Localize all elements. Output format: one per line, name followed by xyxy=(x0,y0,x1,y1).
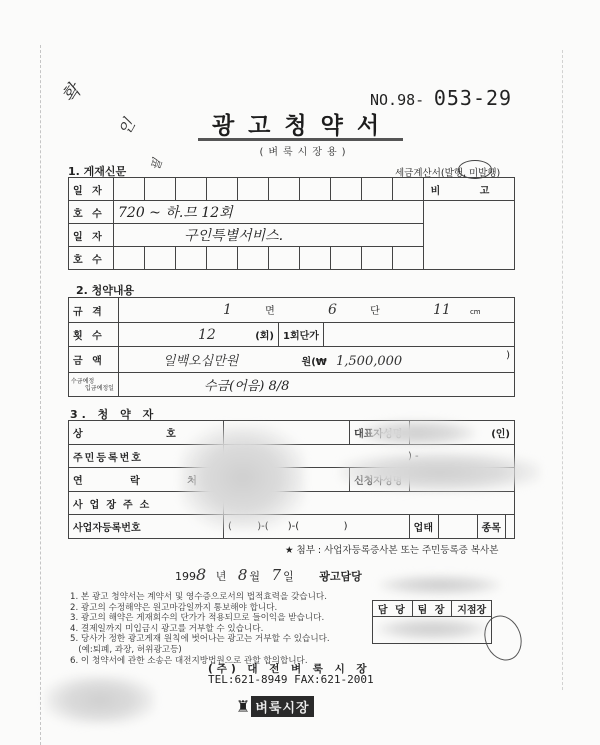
cell[interactable] xyxy=(362,178,393,201)
size-col: 6 xyxy=(328,302,337,318)
company-logo: ♜ 벼룩시장 xyxy=(236,696,314,716)
biz-item-value[interactable] xyxy=(506,515,515,539)
cell[interactable] xyxy=(331,178,362,201)
approval-header-staff: 담 당 xyxy=(373,601,413,616)
page-title: 광고청약서 xyxy=(200,107,405,140)
cell[interactable] xyxy=(176,247,207,270)
approval-header-branch-manager: 지점장 xyxy=(452,601,491,616)
row-date-2-value[interactable]: 구인특별서비스. xyxy=(114,224,424,247)
section2-heading: 2. 청약내용 xyxy=(76,282,134,298)
redacted-applicant-name xyxy=(340,452,540,492)
cell[interactable] xyxy=(238,247,269,270)
note-item: 3. 광고의 해약은 게재회수의 단가가 적용되므로 들이익을 받습니다. xyxy=(70,613,330,624)
remarks-label: 비 고 xyxy=(424,178,515,201)
approval-header-team-lead: 팀 장 xyxy=(413,601,453,616)
note-item: 4. 결제일까지 미입금시 광고를 거부할 수 있습니다. xyxy=(70,624,330,635)
scan-edge-left xyxy=(40,45,42,745)
cell[interactable] xyxy=(269,178,300,201)
redacted-applicant-info xyxy=(180,425,305,530)
size-label: 규 격 xyxy=(69,298,119,323)
cell[interactable] xyxy=(362,247,393,270)
biz-item-label: 종목 xyxy=(477,515,505,539)
size-unit-cm: cm xyxy=(470,308,481,316)
confirm-mark-2: 인 xyxy=(112,114,140,139)
size-unit-page: 면 xyxy=(265,306,275,317)
cell[interactable] xyxy=(145,178,176,201)
date-day-unit: 일 xyxy=(283,570,294,583)
redacted-footer xyxy=(45,675,155,725)
section2-grid: 규 격 1 면 6 단 11 cm 횟 수 12 (회) 1회단가 금 액 일백… xyxy=(68,297,515,397)
row-date-2-label: 일 자 xyxy=(69,224,114,247)
confirm-mark-1: 확 xyxy=(55,78,86,107)
redacted-staff-name xyxy=(380,575,500,595)
amount-number: 1,500,000 xyxy=(336,354,402,369)
amount-value[interactable]: 일백오십만원 원(₩ 1,500,000 ) xyxy=(119,347,515,373)
date-month: 8 xyxy=(238,566,248,584)
times-count: 12 xyxy=(198,327,216,343)
times-label: 횟 수 xyxy=(69,323,119,347)
cell[interactable] xyxy=(393,247,424,270)
scan-edge-right xyxy=(562,50,564,690)
size-cm: 11 xyxy=(433,302,451,318)
cell[interactable] xyxy=(331,247,362,270)
times-unit: (회) xyxy=(255,327,274,342)
row-issue-1-label: 호 수 xyxy=(69,201,114,224)
redacted-rep-name xyxy=(360,420,475,446)
section1-grid: 일 자 비 고 호 수 720 ~ 하.므 12회 일 자 구인특별서비스. 호… xyxy=(68,177,515,270)
unit-price-label: 1회단가 xyxy=(279,323,324,347)
cell[interactable] xyxy=(238,178,269,201)
row-issue-2-label: 호 수 xyxy=(69,247,114,270)
approval-box: 담 당 팀 장 지점장 xyxy=(372,600,492,644)
document-number-value: 053-29 xyxy=(434,86,512,110)
row-issue-1-value[interactable]: 720 ~ 하.므 12회 xyxy=(114,201,424,224)
company-contact: TEL:621-8949 FAX:621-2001 xyxy=(208,673,374,686)
staff-label: 광고담당 xyxy=(319,570,362,583)
cell[interactable] xyxy=(114,247,145,270)
biz-type-value[interactable] xyxy=(439,515,477,539)
payment-label-bottom: 입금예정일 xyxy=(85,385,114,392)
section1-mark: 필 xyxy=(146,156,166,173)
cell[interactable] xyxy=(114,178,145,201)
cell[interactable] xyxy=(207,178,238,201)
date-line: 1998 년 8월 7일 광고담당 xyxy=(175,565,362,584)
date-year-unit: 년 xyxy=(216,570,227,583)
logo-text: 벼룩시장 xyxy=(251,696,313,717)
title-underline xyxy=(198,138,403,141)
note-item: 5. 당사가 정한 광고게재 원칙에 벗어나는 광고는 거부할 수 있습니다. xyxy=(70,634,330,645)
amount-won-label: 원(₩ xyxy=(302,357,327,368)
attachment-note: ★ 첨부 : 사업자등록증사본 또는 주민등록증 복사본 xyxy=(285,542,498,556)
payment-label-top: 수금예정 xyxy=(71,378,94,385)
terms-notes: 1. 본 광고 청약서는 계약서 및 영수증으로서의 법적효력을 갖습니다. 2… xyxy=(70,592,330,666)
cell[interactable] xyxy=(269,247,300,270)
date-day: 7 xyxy=(272,566,282,584)
size-unit-col: 단 xyxy=(370,306,380,317)
date-year-prefix: 199 xyxy=(175,570,196,583)
payment-value[interactable]: 수금(어음) 8/8 xyxy=(119,373,515,397)
row-date-1-label: 일 자 xyxy=(69,178,114,201)
amount-label: 금 액 xyxy=(69,347,119,373)
times-value[interactable]: 12 (회) xyxy=(119,323,279,347)
unit-price-value[interactable] xyxy=(324,323,515,347)
cell[interactable] xyxy=(393,178,424,201)
date-month-unit: 월 xyxy=(249,570,260,583)
cell[interactable] xyxy=(300,247,331,270)
remarks-cell[interactable] xyxy=(424,201,515,270)
note-item: 2. 광고의 수정해약은 원고마감일까지 통보해야 합니다. xyxy=(70,603,330,614)
cell[interactable] xyxy=(176,178,207,201)
biz-type-label: 업태 xyxy=(409,515,439,539)
note-item: 1. 본 광고 청약서는 계약서 및 영수증으로서의 법적효력을 갖습니다. xyxy=(70,592,330,603)
amount-close: ) xyxy=(506,350,510,361)
page-subtitle: (벼룩시장용) xyxy=(210,143,400,158)
seal-mark: (인) xyxy=(491,429,510,440)
size-value[interactable]: 1 면 6 단 11 cm xyxy=(119,298,515,323)
size-count: 1 xyxy=(223,302,232,318)
cell[interactable] xyxy=(207,247,238,270)
tower-icon: ♜ xyxy=(236,697,250,716)
cell[interactable] xyxy=(145,247,176,270)
cell[interactable] xyxy=(300,178,331,201)
note-item: (예:퇴폐, 과장, 허위광고등) xyxy=(70,645,330,656)
payment-label: 수금예정 입금예정일 xyxy=(69,373,119,397)
date-year: 8 xyxy=(196,565,206,584)
amount-text: 일백오십만원 xyxy=(163,354,238,369)
